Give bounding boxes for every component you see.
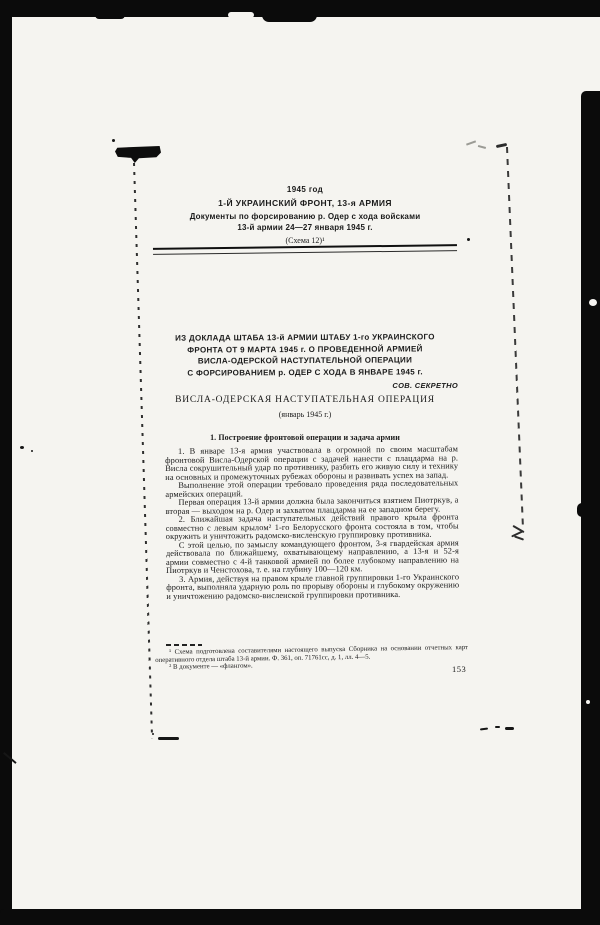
ink-dash <box>158 737 179 740</box>
header-subject-line-1: Документы по форсированию р. Одер с хода… <box>152 212 458 221</box>
footnote-separator <box>166 644 202 646</box>
pencil-smudge <box>478 145 486 149</box>
pencil-scratch-line <box>506 147 523 529</box>
ink-speck <box>467 238 470 241</box>
operation-subtitle: (январь 1945 г.) <box>152 410 458 419</box>
operation-title: ВИСЛА-ОДЕРСКАЯ НАСТУПАТЕЛЬНАЯ ОПЕРАЦИЯ <box>152 395 458 405</box>
ink-dash <box>495 726 500 728</box>
scan-edge-bump <box>262 15 317 22</box>
scan-border-left <box>0 0 12 925</box>
header-subject-line-2: 13-й армии 24—27 января 1945 г. <box>152 223 458 232</box>
page-number: 153 <box>452 664 482 674</box>
ink-speck <box>31 450 33 452</box>
ink-dash <box>480 727 488 730</box>
scan-border-bottom <box>0 909 600 925</box>
report-heading: ИЗ ДОКЛАДА ШТАБА 13-й АРМИИ ШТАБУ 1-го У… <box>152 331 458 379</box>
header-year: 1945 год <box>152 185 458 194</box>
scan-border-right <box>581 91 600 925</box>
classification-stamp: СОВ. СЕКРЕТНО <box>152 381 458 390</box>
scan-hole-speck <box>589 299 597 306</box>
scan-edge-bump <box>577 503 583 517</box>
ink-speck <box>152 733 154 735</box>
footnotes: ¹ Схема подготовлена составителями насто… <box>155 644 468 672</box>
scan-edge-bump <box>95 15 125 19</box>
header-rule <box>153 244 457 255</box>
report-heading-line-1: ИЗ ДОКЛАДА ШТАБА 13-й АРМИИ ШТАБУ 1-го У… <box>152 331 458 344</box>
scan-edge-notch <box>228 12 254 18</box>
ink-dash <box>505 727 514 730</box>
report-heading-line-4: С ФОРСИРОВАНИЕМ р. ОДЕР С ХОДА В ЯНВАРЕ … <box>152 366 458 379</box>
ink-blob <box>115 146 161 163</box>
body-text: 1. В январе 13-я армия участвовала в огр… <box>165 445 459 601</box>
paragraph: 2. Ближайшая задача наступательных дейст… <box>166 513 459 541</box>
paragraph: 3. Армия, действуя на правом крыле главн… <box>166 573 459 601</box>
ink-speck <box>112 139 115 142</box>
paragraph: С этой целью, по замыслу командующего фр… <box>166 539 459 576</box>
scribble-stroke <box>514 535 524 540</box>
header-front-army: 1-Й УКРАИНСКИЙ ФРОНТ, 13-я АРМИЯ <box>152 198 458 208</box>
scan-hole-speck <box>586 700 590 704</box>
section-heading: 1. Построение фронтовой операции и задач… <box>152 433 458 442</box>
page-fold-line <box>133 163 153 739</box>
schema-reference: (Схема 12)¹ <box>152 236 458 245</box>
paragraph: 1. В январе 13-я армия участвовала в огр… <box>165 445 458 482</box>
pencil-smudge <box>466 140 476 145</box>
ink-speck <box>20 446 24 449</box>
